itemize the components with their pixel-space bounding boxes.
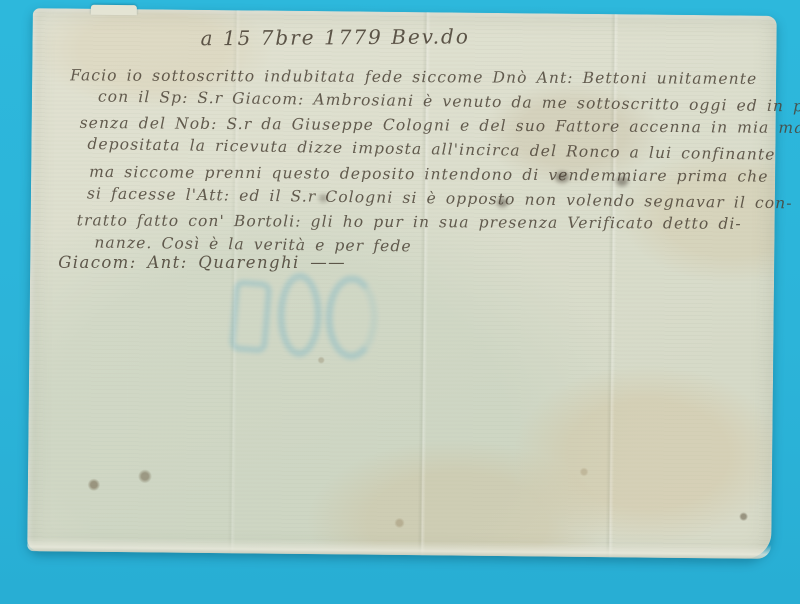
ink-blot xyxy=(616,176,628,186)
stamp-glyph xyxy=(325,275,378,360)
fold-crease xyxy=(417,12,431,555)
manuscript-line: nanze. Così è la verità e per fede xyxy=(94,234,411,256)
manuscript-paper: a 15 7bre 1779 Bev.do Facio io sottoscri… xyxy=(27,8,777,559)
signature-line: Giacom: Ant: Quarenghi —— xyxy=(58,253,346,272)
date-line: a 15 7bre 1779 Bev.do xyxy=(200,24,469,50)
manuscript-line: senza del Nob: S.r da Giuseppe Cologni e… xyxy=(80,114,800,137)
manuscript-line: si facesse l'Att: ed il S.r Cologni si è… xyxy=(87,184,793,212)
manuscript-line: Facio io sottoscritto indubitata fede si… xyxy=(70,66,757,88)
fold-crease xyxy=(227,10,241,553)
manuscript-line: tratto fatto con' Bortoli: gli ho pur in… xyxy=(77,211,742,232)
handwritten-text-block: a 15 7bre 1779 Bev.do Facio io sottoscri… xyxy=(27,8,777,559)
ink-blot xyxy=(497,198,508,207)
stamp-glyph xyxy=(277,273,322,357)
manuscript-line: con il Sp: S.r Giacom: Ambrosiani è venu… xyxy=(98,88,800,116)
paper-torn-notch xyxy=(91,5,137,15)
manuscript-line: depositata la ricevuta dizze imposta all… xyxy=(87,135,775,164)
ink-blot xyxy=(555,172,569,183)
fold-crease xyxy=(605,14,619,557)
photo-background: a 15 7bre 1779 Bev.do Facio io sottoscri… xyxy=(0,0,800,604)
paper-worn-edge xyxy=(27,537,771,559)
faded-blue-stamp xyxy=(225,262,376,359)
ink-blot xyxy=(319,194,328,202)
stamp-glyph xyxy=(229,279,273,354)
manuscript-line: ma siccome prenni questo deposito intend… xyxy=(89,163,769,186)
